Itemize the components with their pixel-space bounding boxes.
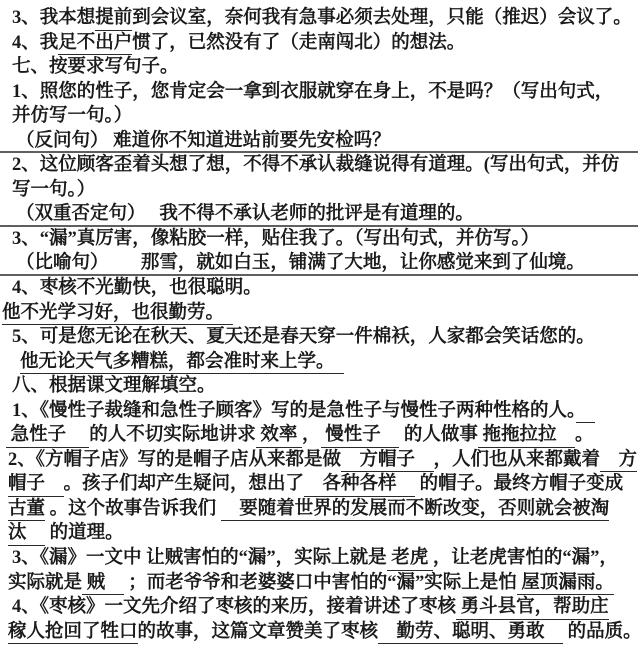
answer-text: 方帽子 [341,450,434,473]
section-heading: 七、按要求写句子。 [0,55,640,80]
text-segment: 的帽子。最终方帽子变成 [415,474,623,494]
answer-text: 他无论天气多糟糕，都会准时来上学。 [20,352,344,375]
text-segment: 1、《慢性子裁缝和急性子顾客》写的是急性子与慢性子两种性格的人。 [12,401,576,421]
answer-line: 他无论天气多糟糕，都会准时来上学。 [0,350,640,375]
text-segment: ，人们也从来都戴着 [434,450,601,470]
text-segment: 惯了，已然没有了（走南闯北）的想法。 [132,33,465,53]
text-segment: 写一句。） [12,180,95,200]
item-line: 实际就是 贼 ；而老爷爷和老婆婆口中害怕的“漏”实际上是怕 屋顶漏雨。 [0,571,640,596]
item-line: 急性子 的人不切实际地讲求 效率 ， 慢性子 的人做事 拖拖拉拉 。 [0,423,640,448]
answer-text: 古董 [8,499,45,522]
answer-text: 勇斗县官，帮助庄 [456,597,609,620]
answer-text: 方 [600,450,637,473]
text-segment: ，让老虎害怕的“漏”， [433,548,618,568]
item-line: 稼人抢回了牲口的故事，这篇文章赞美了枣核 勤劳、聪明、勇敢 的品质。 [0,620,640,645]
item-line: 古董 。这个故事告诉我们 要随着世界的发展而不断改变，否则就会被淘 [0,497,640,522]
answer-text: 要随着世界的发展而不断改变，否则就会被淘 [221,499,610,522]
text-segment: 并仿写一句。） [12,106,132,126]
text-segment: 的人做事 [399,425,478,445]
text-segment: （反问句） 难道你不知道进站前要先安检吗？ [16,131,391,151]
answer-text: 效率 [256,425,302,448]
answer-text: 急性子 [6,425,89,448]
answer-line: （双重否定句） 我不得不承认老师的批评是有道理的。 [0,202,638,227]
item-line: 1、《慢性子裁缝和急性子顾客》写的是急性子与慢性子两种性格的人。 [0,399,640,424]
text-segment: 。 [575,425,594,445]
answer-text [576,401,595,424]
item-line: 汰 的道理。 [0,521,640,546]
answer-text: 拖拖拉拉 [478,425,575,448]
text-segment: 2、《方帽子店》写的是帽子店从来都是做 [8,450,341,470]
text-segment: 的道理。 [45,523,124,543]
item-line: 并仿写一句。） [0,104,640,129]
answer-text: 稼人抢回了牲口 [8,622,138,645]
text-segment: （比喻句） 那雪，就如白玉，铺满了大地，让你感觉来到了仙境。 [16,253,585,273]
text-segment: 到会议室，奈何我有急事必须去处理，只能（推迟）会议了。 [132,8,632,28]
text-segment: 1、照您的性子，您肯定会一拿到衣服就穿在身上，不是吗？（写出句式， [12,82,613,102]
text-segment: ， [302,425,321,445]
worksheet-page: 3、我本想提前到会议室，奈何我有急事必须去处理，只能（推迟）会议了。4、我足不出… [0,0,640,657]
text-segment: 4、《枣核》一文先介绍了枣核的来历，接着讲述了枣核 [12,597,456,617]
item-line: 1、照您的性子，您肯定会一拿到衣服就穿在身上，不是吗？（写出句式， [0,80,640,105]
answer-text: 帽子 [8,474,64,497]
item-line: 2、这位顾客歪着头想了想，不得不承认裁缝说得有道理。(写出句式，并仿 [0,153,640,178]
text-segment: （双重否定句） 我不得不承认老师的批评是有道理的。 [16,204,474,224]
answer-line: 他不光学习好，也很勤劳。 [0,301,640,326]
answer-text: 足不出户 [58,33,132,56]
text-segment: 4、枣核不光勤快，也很聪明。 [12,278,262,298]
section-heading: 八、根据课文理解填空。 [0,374,640,399]
text-segment: 。这个故事告诉我们 [45,499,221,519]
answer-text: 勤劳、聪明、勇敢 [378,622,563,645]
item-line: 3、《漏》一文中 让贼害怕的“漏”，实际上就是 老虎 ，让老虎害怕的“漏”， [0,546,640,571]
answer-text: 慢性子 [321,425,400,448]
answer-text: 各种各样 [304,474,415,497]
item-line: 4、《枣核》一文先介绍了枣核的来历，接着讲述了枣核 勇斗县官，帮助庄 [0,595,640,620]
item-line: 3、“漏”真厉害，像粘胶一样，贴住我了。（写出句式，并仿写。） [0,227,640,252]
item-line: 5、可是您无论在秋天、夏天还是春天穿一件棉袄，人家都会笑话您的。 [0,325,640,350]
item-line: 4、枣核不光勤快，也很聪明。 [0,276,640,301]
item-line: 帽子 。孩子们却产生疑问，想出了 各种各样 的帽子。最终方帽子变成 [0,472,640,497]
text-segment: 的故事，这篇文章赞美了枣核 [138,622,379,642]
answer-text: 汰 [8,523,45,546]
text-segment: 5、可是您无论在秋天、夏天还是春天穿一件棉袄，人家都会笑话您的。 [12,327,595,347]
text-segment: 2、这位顾客歪着头想了想，不得不承认裁缝说得有道理。(写出句式，并仿 [12,155,619,175]
item-line: 3、我本想提前到会议室，奈何我有急事必须去处理，只能（推迟）会议了。 [0,6,640,31]
item-line: 2、《方帽子店》写的是帽子店从来都是做 方帽子 ，人们也从来都戴着 方 [0,448,640,473]
text-segment: 4、我 [12,33,58,53]
text-segment: 3、“漏”真厉害，像粘胶一样，贴住我了。（写出句式，并仿写。） [12,229,539,249]
text-segment: 。孩子们却产生疑问，想出了 [64,474,305,494]
text-segment: ；而老爷爷和老婆婆口中害怕的“漏”实际上是怕 [124,573,517,593]
text-segment: 的品质。 [563,622,640,642]
answer-text: 屋顶漏雨。 [517,573,614,596]
text-segment: 八、根据课文理解填空。 [12,376,216,396]
text-segment: 3、《漏》一文中 让贼害怕的“漏”，实际上就是 [12,548,387,568]
answer-text: 提前 [95,8,132,31]
item-line: 写一句。） [0,178,640,203]
answer-line: （比喻句） 那雪，就如白玉，铺满了大地，让你感觉来到了仙境。 [0,251,638,276]
answer-text: 他不光学习好，也很勤劳。 [2,303,233,326]
text-segment: 的人不切实际地讲求 [89,425,256,445]
answer-line: （反问句） 难道你不知道进站前要先安检吗？ [0,129,638,154]
text-segment: 七、按要求写句子。 [12,57,179,77]
item-line: 4、我足不出户惯了，已然没有了（走南闯北）的想法。 [0,31,640,56]
answer-text: 老虎 [387,548,433,571]
text-segment: 实际就是 [8,573,82,593]
answer-text: 贼 [82,573,124,596]
text-segment: 3、我本想 [12,8,95,28]
